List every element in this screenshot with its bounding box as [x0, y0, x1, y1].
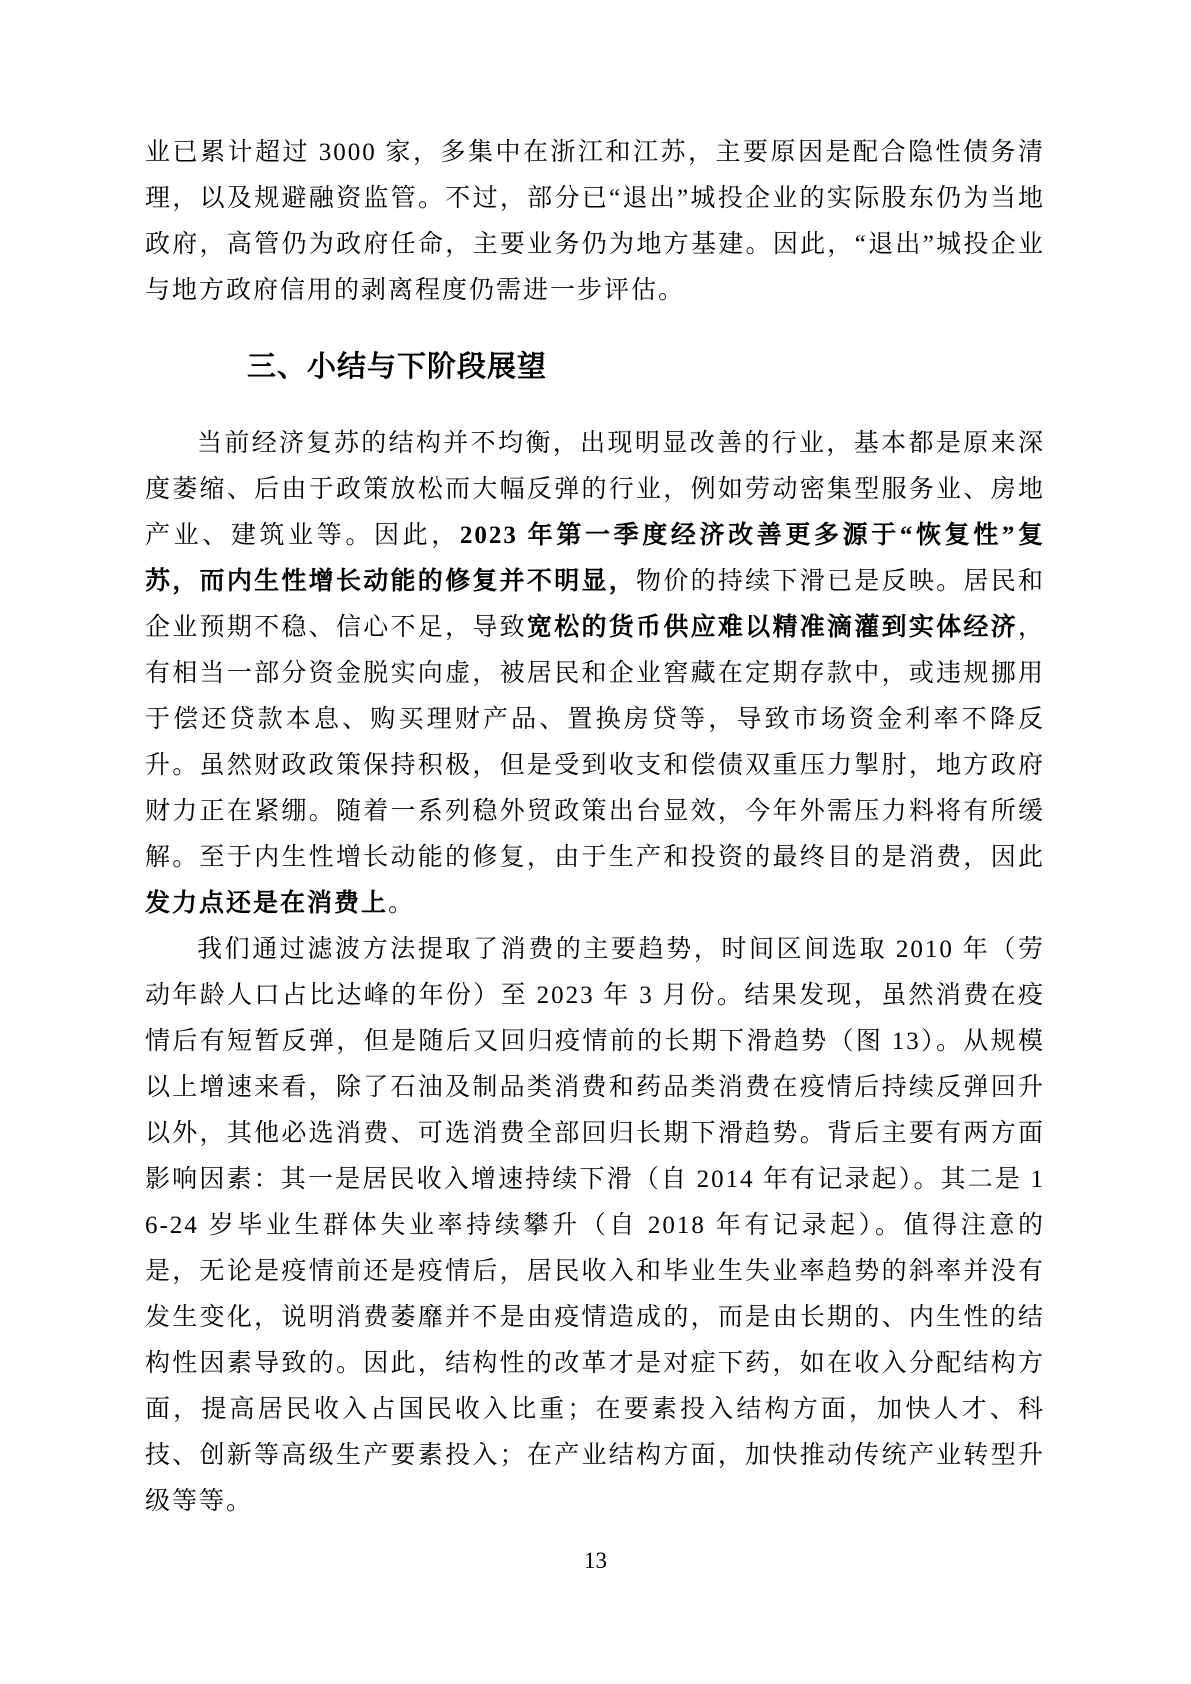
section-heading: 三、小结与下阶段展望: [247, 350, 1045, 385]
summary-text-bold-2: 宽松的货币供应难以精准滴灌到实体经济: [527, 614, 1018, 641]
summary-text-normal-4: 。: [388, 890, 415, 917]
summary-text-normal-3: ，有相当一部分资金脱实向虚，被居民和企业窖藏在定期存款中，或违规挪用于偿还贷款本…: [145, 614, 1045, 871]
summary-paragraph: 当前经济复苏的结构并不均衡，出现明显改善的行业，基本都是原来深度萎缩、后由于政策…: [145, 421, 1045, 927]
document-page: 业已累计超过 3000 家，多集中在浙江和江苏，主要原因是配合隐性债务清理，以及…: [0, 0, 1191, 1684]
summary-text-bold-3: 发力点还是在消费上: [145, 890, 388, 917]
consumption-trend-paragraph: 我们通过滤波方法提取了消费的主要趋势，时间区间选取 2010 年（劳动年龄人口占…: [145, 927, 1045, 1525]
continuation-paragraph: 业已累计超过 3000 家，多集中在浙江和江苏，主要原因是配合隐性债务清理，以及…: [145, 130, 1045, 314]
page-number: 13: [0, 1548, 1191, 1574]
